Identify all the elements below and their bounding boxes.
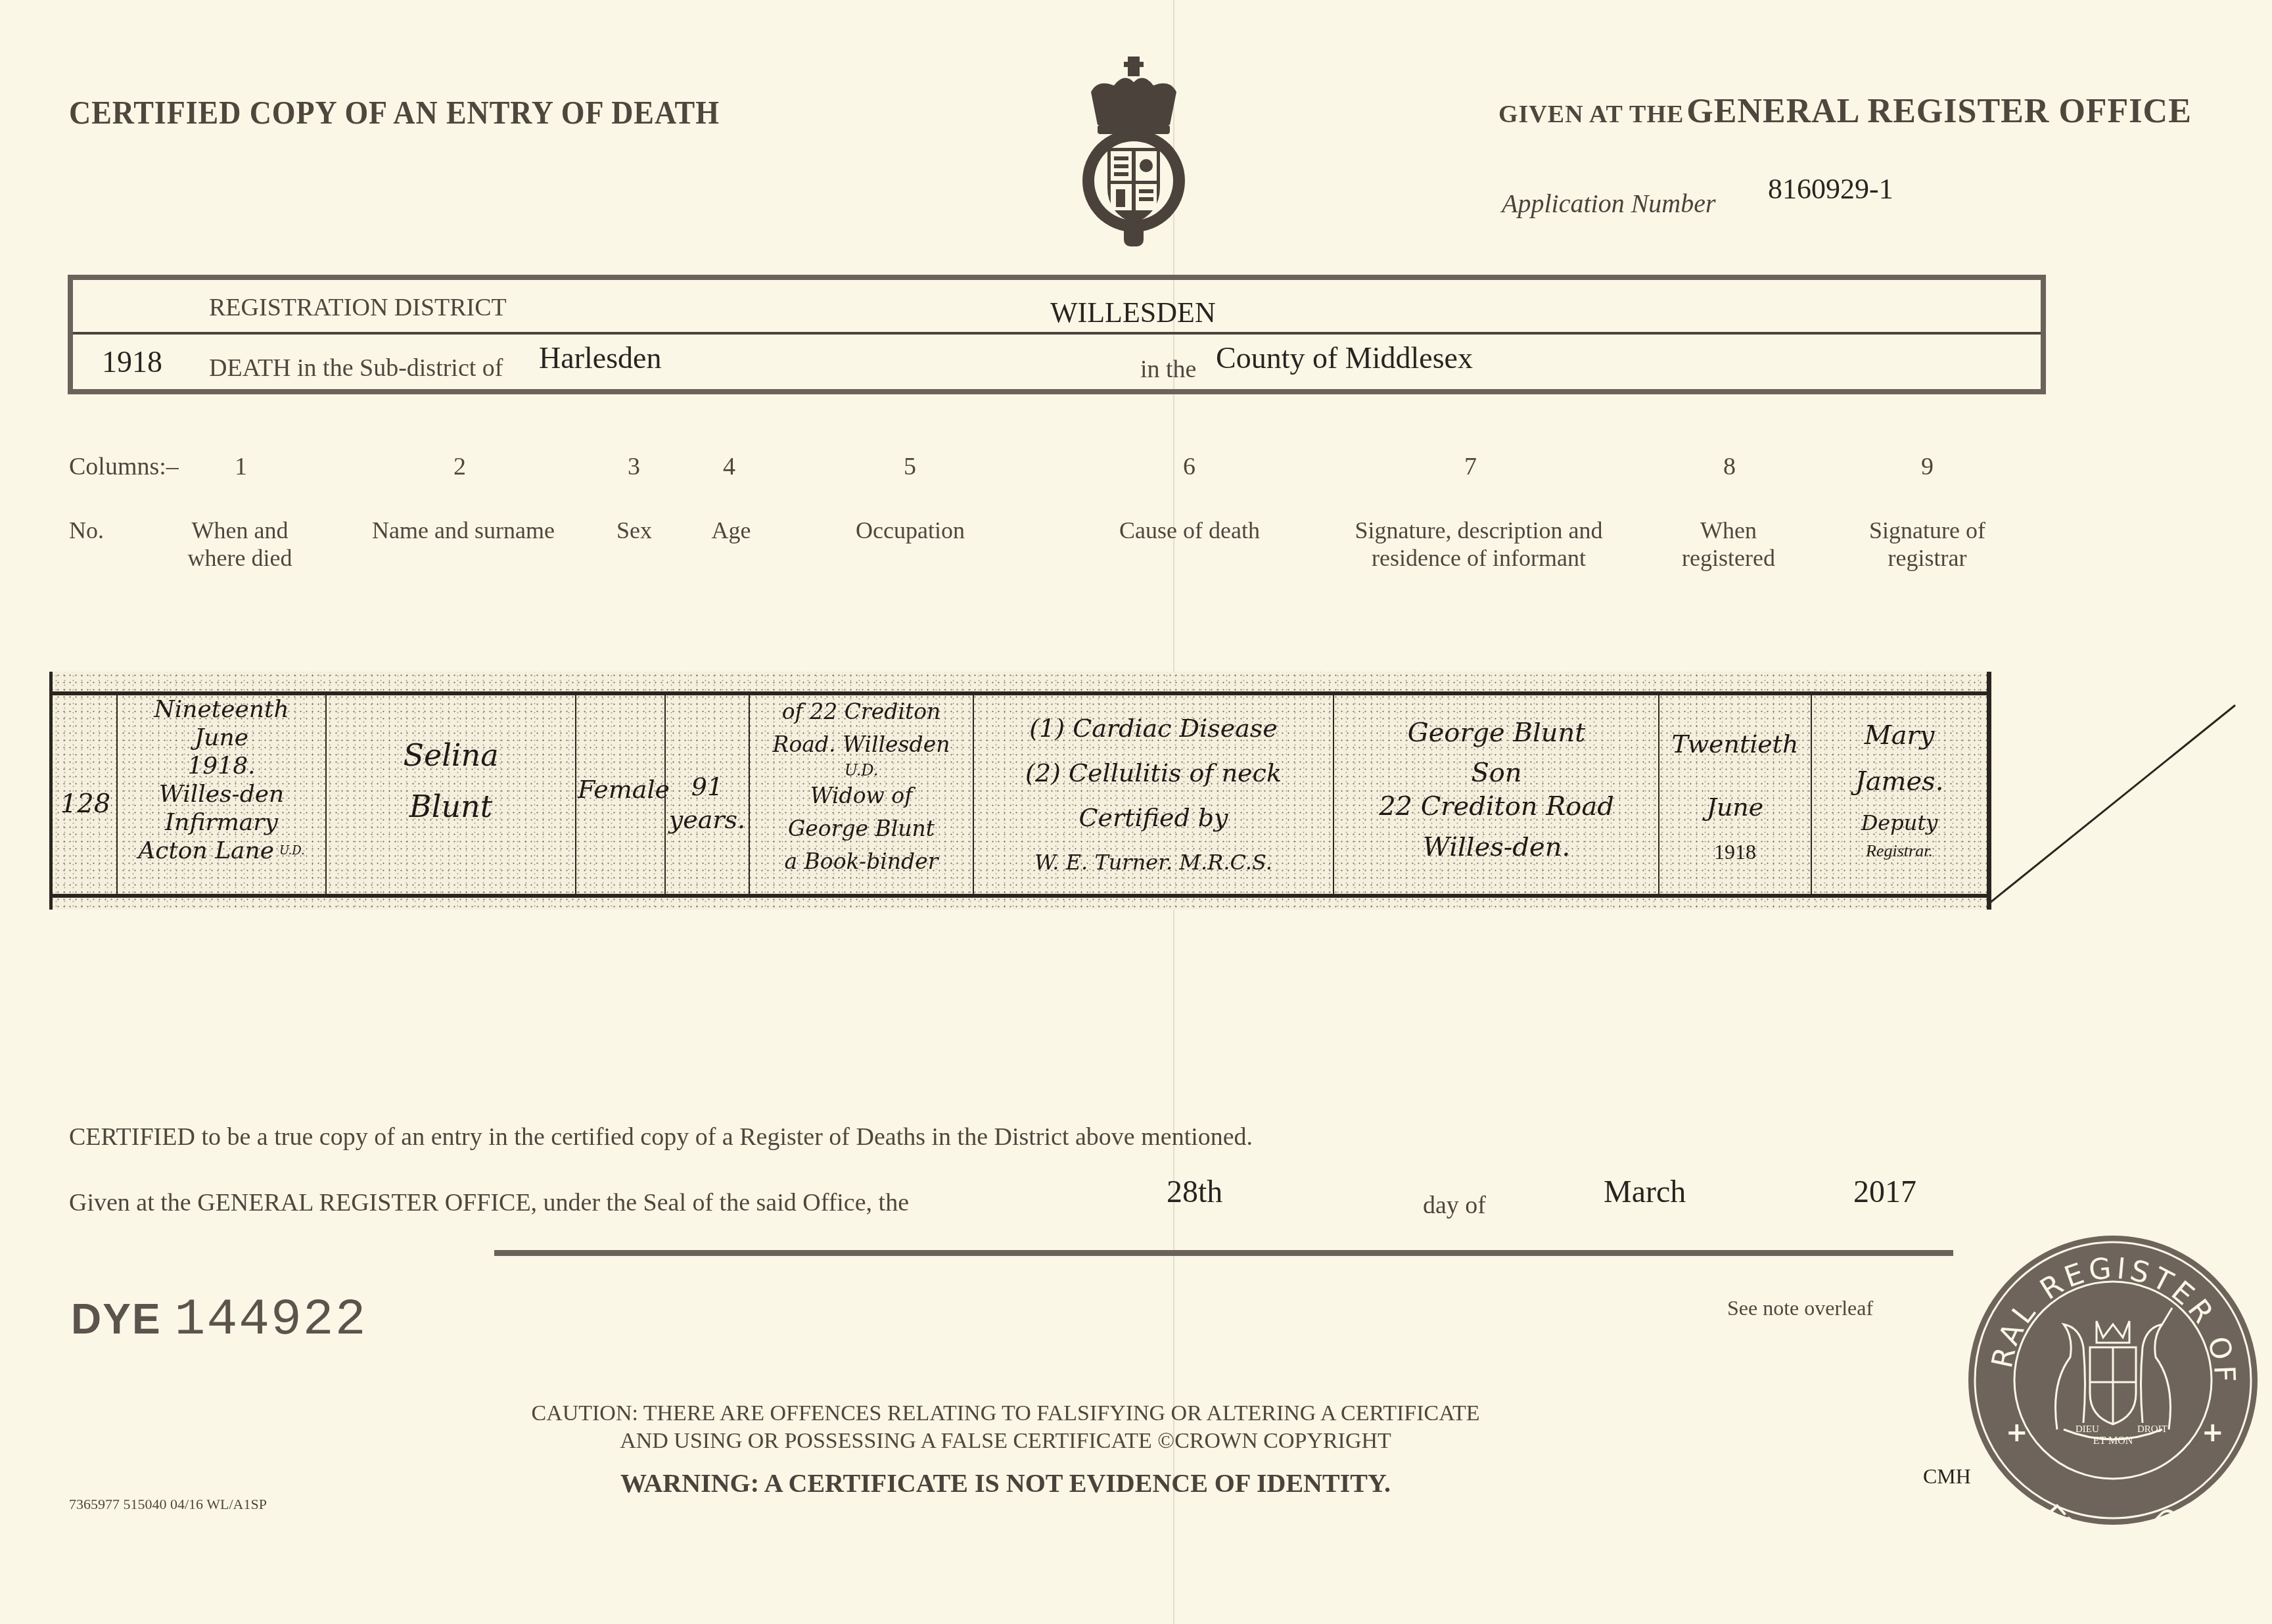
identity-warning: WARNING: A CERTIFICATE IS NOT EVIDENCE O… [473, 1468, 1538, 1498]
column-number-8: 8 [1723, 452, 1736, 481]
registration-district-label: REGISTRATION DISTRICT [209, 293, 507, 322]
given-at-statement: Given at the GENERAL REGISTER OFFICE, un… [69, 1188, 909, 1217]
application-number: 8160929-1 [1768, 172, 1893, 206]
column-header-occupation: Occupation [828, 517, 992, 544]
registration-district: WILLESDEN [1050, 296, 1216, 329]
column-header-cause: Cause of death [1091, 517, 1288, 544]
district-divider [73, 332, 2041, 335]
certification-statement: CERTIFIED to be a true copy of an entry … [69, 1123, 1253, 1151]
column-header-informant: Signature, description and residence of … [1334, 517, 1623, 572]
subdistrict-label: DEATH in the Sub-district of [209, 354, 503, 383]
application-number-label: Application Number [1502, 188, 1716, 219]
issue-year: 2017 [1853, 1174, 1916, 1210]
svg-text:DROIT: DROIT [2137, 1424, 2168, 1435]
column-header-age: Age [700, 517, 762, 544]
column-header-when-registered: When registered [1663, 517, 1794, 572]
entry-informant: George Blunt Son 22 Crediton Road Willes… [1336, 712, 1657, 868]
columns-label: Columns:– [69, 452, 179, 481]
column-number-6: 6 [1183, 452, 1195, 481]
column-header-sex: Sex [605, 517, 664, 544]
column-number-4: 4 [723, 452, 735, 481]
registration-year: 1918 [102, 344, 162, 379]
cancellation-diagonal-line [1989, 677, 2252, 907]
day-of-label: day of [1423, 1191, 1486, 1220]
column-header-when-where: When and where died [171, 517, 309, 572]
register-entry: 128 Nineteenth June 1918. Willes-den Inf… [49, 672, 1991, 910]
entry-registrar-signature: Mary James. Deputy Registrar. [1813, 712, 1985, 861]
column-number-2: 2 [453, 452, 466, 481]
office-name: GENERAL REGISTER OFFICE [1686, 93, 2192, 130]
column-number-1: 1 [235, 452, 247, 481]
county: County of Middlesex [1216, 340, 1473, 375]
entry-cause-of-death: (1) Cardiac Disease (2) Cellulitis of ne… [976, 706, 1331, 885]
gro-seal-icon: GENERAL REGISTER OFFICE ENGLAND + + ET M… [1965, 1232, 2261, 1528]
form-code: 7365977 515040 04/16 WL/A1SP [69, 1496, 267, 1513]
column-header-name: Name and surname [355, 517, 572, 544]
royal-crest-icon [1078, 53, 1190, 250]
svg-text:DIEU: DIEU [2075, 1424, 2099, 1435]
signature-rule [494, 1250, 1953, 1256]
entry-sex: Female [578, 774, 663, 804]
certificate-title: CERTIFIED COPY OF AN ENTRY OF DEATH [69, 93, 720, 131]
county-label: in the [1140, 355, 1196, 384]
column-number-3: 3 [628, 452, 640, 481]
issue-day: 28th [1167, 1174, 1222, 1210]
caution-notice: CAUTION: THERE ARE OFFENCES RELATING TO … [473, 1400, 1538, 1455]
column-number-7: 7 [1464, 452, 1477, 481]
entry-name: Selina Blunt [328, 730, 574, 832]
issuing-office-heading: GIVEN AT THE GENERAL REGISTER OFFICE [1498, 92, 2192, 131]
issuer-initials: CMH [1923, 1464, 1971, 1489]
svg-text:+: + [2202, 1418, 2224, 1448]
column-number-9: 9 [1921, 452, 1934, 481]
entry-number: 128 [56, 789, 115, 819]
entry-when-where: Nineteenth June 1918. Willes-den Infirma… [119, 695, 324, 865]
entry-occupation: of 22 Crediton Road. Willesden U.D. Wido… [751, 695, 971, 878]
svg-text:ET MON: ET MON [2093, 1435, 2133, 1447]
entry-when-registered: Twentieth June 1918 [1661, 712, 1809, 865]
entry-age: 91 years. [667, 770, 747, 836]
issue-month: March [1604, 1174, 1686, 1210]
subdistrict: Harlesden [539, 340, 661, 375]
column-number-5: 5 [904, 452, 916, 481]
column-header-no: No. [69, 517, 104, 544]
see-note-overleaf: See note overleaf [1727, 1296, 1873, 1320]
column-header-registrar: Signature of registrar [1850, 517, 2005, 572]
svg-text:+: + [2006, 1418, 2028, 1448]
certificate-serial: DYE144922 [71, 1291, 367, 1349]
